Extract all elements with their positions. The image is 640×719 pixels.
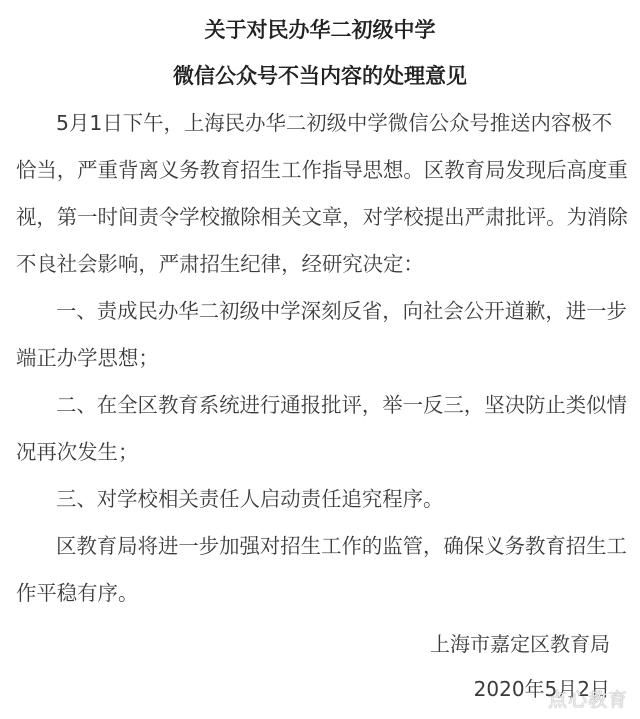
paragraph-3-line-2: 况再次发生； (16, 429, 628, 476)
paragraph-1-line-3: 视，第一时间责令学校撤除相关文章，对学校提出严肃批评。为消除 (16, 194, 628, 241)
document-page: 关于对民办华二初级中学 微信公众号不当内容的处理意见 5月1日下午，上海民办华二… (0, 0, 640, 719)
paragraph-3-line-1: 二、在全区教育系统进行通报批评，举一反三，坚决防止类似情 (16, 382, 628, 429)
paragraph-1-line-2: 恰当，严重背离义务教育招生工作指导思想。区教育局发现后高度重 (16, 147, 628, 194)
watermark-logo: 点心教育 (548, 685, 628, 712)
document-body: 5月1日下午，上海民办华二初级中学微信公众号推送内容极不 恰当，严重背离义务教育… (16, 100, 628, 617)
paragraph-1-line-1: 5月1日下午，上海民办华二初级中学微信公众号推送内容极不 (16, 100, 628, 147)
paragraph-1-line-4: 不良社会影响，严肃招生纪律，经研究决定： (16, 241, 628, 288)
paragraph-5-line-2: 作平稳有序。 (16, 570, 628, 617)
document-title-line-2: 微信公众号不当内容的处理意见 (0, 60, 640, 90)
paragraph-2-line-1: 一、责成民办华二初级中学深刻反省，向社会公开道歉，进一步 (16, 288, 628, 335)
document-title-line-1: 关于对民办华二初级中学 (0, 14, 640, 44)
paragraph-5-line-1: 区教育局将进一步加强对招生工作的监管，确保义务教育招生工 (16, 523, 628, 570)
paragraph-4-line-1: 三、对学校相关责任人启动责任追究程序。 (16, 476, 628, 523)
signature-organization: 上海市嘉定区教育局 (430, 628, 610, 657)
paragraph-2-line-2: 端正办学思想； (16, 335, 628, 382)
